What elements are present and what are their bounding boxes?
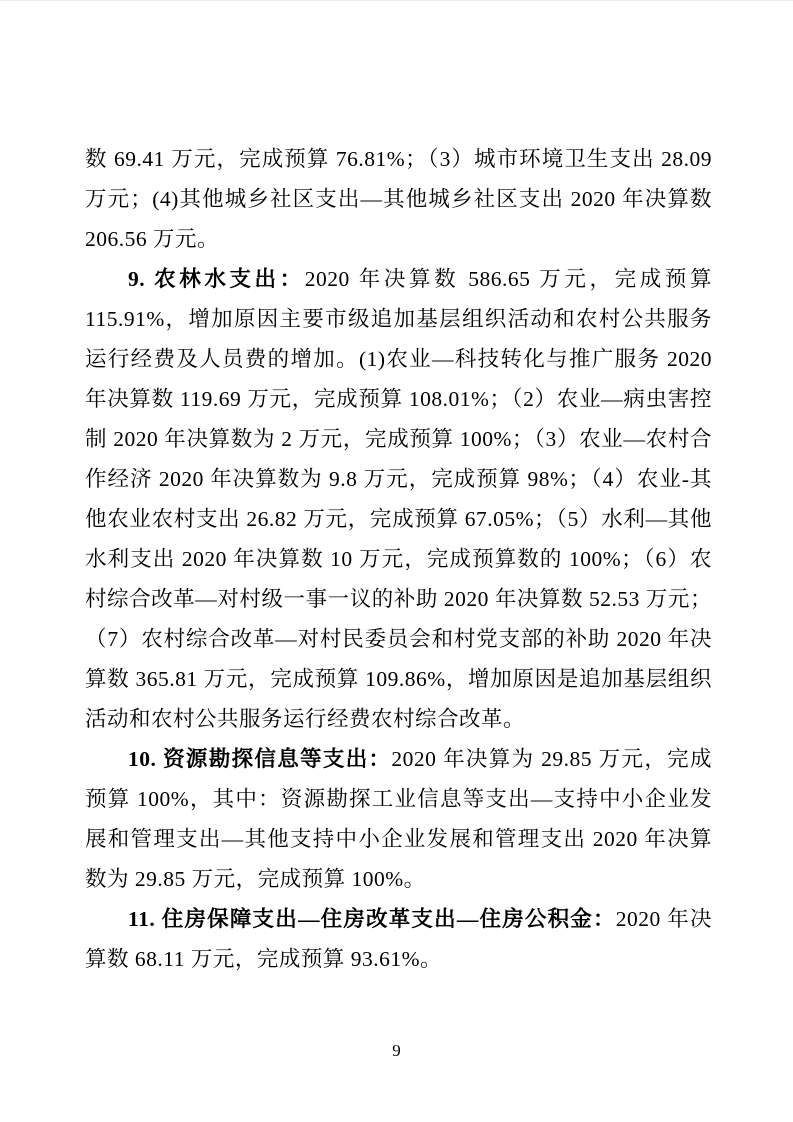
paragraph-item-10-resource-exploration: 10. 资源勘探信息等支出：2020 年决算为 29.85 万元，完成预算 10… xyxy=(85,739,712,899)
paragraph-lead: 10. 资源勘探信息等支出： xyxy=(128,747,391,771)
paragraph-text: 数 69.41 万元，完成预算 76.81%；（3）城市环境卫生支出 28.09… xyxy=(85,147,712,251)
paragraph-item-11-housing-security: 11. 住房保障支出—住房改革支出—住房公积金：2020 年决算数 68.11 … xyxy=(85,899,712,979)
paragraph-text: 2020 年决算数 586.65 万元，完成预算 115.91%，增加原因主要市… xyxy=(85,267,712,731)
document-body: 数 69.41 万元，完成预算 76.81%；（3）城市环境卫生支出 28.09… xyxy=(85,139,712,979)
paragraph-continuation: 数 69.41 万元，完成预算 76.81%；（3）城市环境卫生支出 28.09… xyxy=(85,139,712,259)
page-number: 9 xyxy=(0,1039,793,1063)
paragraph-lead: 9. 农林水支出： xyxy=(128,267,305,291)
paragraph-item-9-agriculture-forestry-water: 9. 农林水支出：2020 年决算数 586.65 万元，完成预算 115.91… xyxy=(85,259,712,739)
paragraph-lead: 11. 住房保障支出—住房改革支出—住房公积金： xyxy=(128,907,616,931)
document-page: 数 69.41 万元，完成预算 76.81%；（3）城市环境卫生支出 28.09… xyxy=(0,0,793,1122)
